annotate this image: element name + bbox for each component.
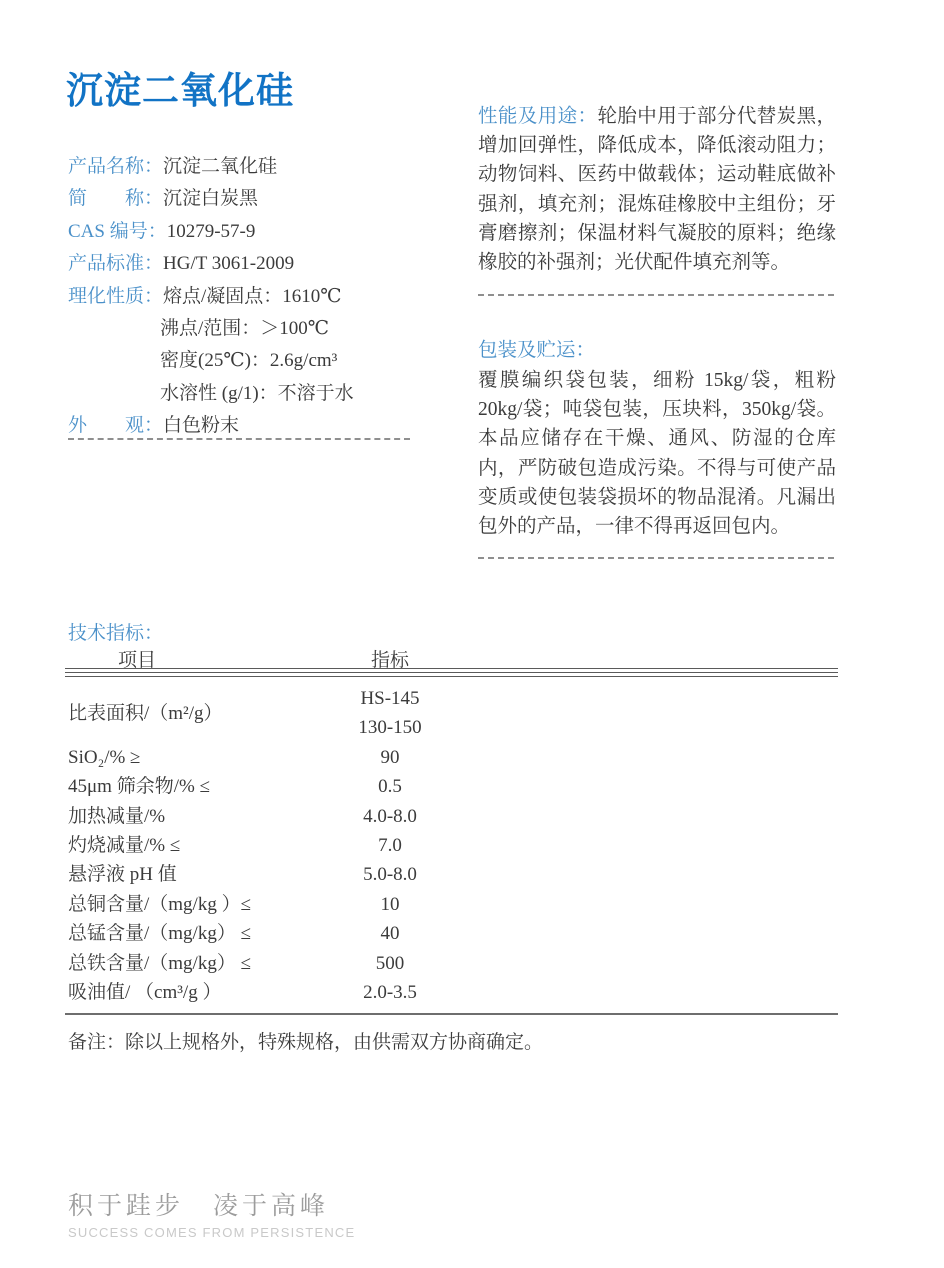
spec-item-name: 悬浮液 pH 值 bbox=[65, 860, 280, 889]
product-info-value: 10279-57-9 bbox=[167, 216, 420, 248]
spec-item-value: 7.0 bbox=[280, 831, 500, 860]
product-info-label: 简 称： bbox=[68, 183, 163, 215]
footer-brand: 积于跬步 凌于高峰 SUCCESS COMES FROM PERSISTENCE bbox=[68, 1186, 355, 1240]
remark: 备注：除以上规格外，特殊规格，由供需双方协商确定。 bbox=[68, 1027, 848, 1054]
product-info-row: 产品标准： HG/T 3061-2009 bbox=[68, 248, 420, 280]
spec-value-line: 90 bbox=[280, 743, 500, 772]
product-info-value: 水溶性 (g/1)：不溶于水 bbox=[160, 378, 420, 410]
product-info-value: HG/T 3061-2009 bbox=[163, 248, 420, 280]
specs-table-header: 项目 指标 bbox=[65, 645, 838, 669]
spec-row: 总铁含量/（mg/kg） ≤ 500 bbox=[65, 949, 838, 978]
spec-value-line: 130-150 bbox=[280, 713, 500, 742]
product-info-row: 密度(25℃)：2.6g/cm³ bbox=[68, 345, 420, 377]
spec-value-line: 10 bbox=[280, 890, 500, 919]
spec-item-value: HS-145130-150 bbox=[280, 684, 500, 743]
product-info-label: 理化性质： bbox=[68, 281, 163, 313]
spec-item-value: 5.0-8.0 bbox=[280, 860, 500, 889]
product-info-label: 产品标准： bbox=[68, 248, 163, 280]
spec-item-name: 总锰含量/（mg/kg） ≤ bbox=[65, 919, 280, 948]
product-info-label bbox=[68, 313, 160, 345]
spec-item-name: 加热减量/% bbox=[65, 802, 280, 831]
product-info-label: CAS 编号： bbox=[68, 216, 167, 248]
spec-row: 吸油值/ （cm³/g ） 2.0-3.5 bbox=[65, 978, 838, 1007]
spec-value-line: 40 bbox=[280, 919, 500, 948]
product-info-label bbox=[68, 378, 160, 410]
product-info-list: 产品名称： 沉淀二氧化硅 简 称： 沉淀白炭黑 CAS 编号： 10279-57… bbox=[68, 151, 420, 443]
remark-label: 备注： bbox=[68, 1032, 125, 1053]
spec-row: 45μm 筛余物/% ≤ 0.5 bbox=[65, 772, 838, 801]
table-bottom-rule bbox=[65, 1013, 838, 1015]
spec-row: 悬浮液 pH 值 5.0-8.0 bbox=[65, 860, 838, 889]
spec-item-name: SiO₂/% ≥ bbox=[65, 743, 280, 772]
product-info-label: 产品名称： bbox=[68, 151, 163, 183]
spec-item-name: 灼烧减量/% ≤ bbox=[65, 831, 280, 860]
packaging-paragraph: 覆膜编织袋包装，细粉 15kg/袋，粗粉 20kg/袋；吨袋包装，压块料，350… bbox=[478, 366, 836, 541]
divider-dashed-right-bottom bbox=[478, 557, 834, 559]
spec-item-name: 吸油值/ （cm³/g ） bbox=[65, 978, 280, 1007]
usage-text: 轮胎中用于部分代替炭黑，增加回弹性，降低成本，降低滚动阻力；动物饲料、医药中做载… bbox=[478, 106, 836, 273]
product-info-row: 产品名称： 沉淀二氧化硅 bbox=[68, 151, 420, 183]
spec-value-line: 2.0-3.5 bbox=[280, 978, 500, 1007]
spec-row: 加热减量/% 4.0-8.0 bbox=[65, 802, 838, 831]
spec-row: 总锰含量/（mg/kg） ≤ 40 bbox=[65, 919, 838, 948]
product-info-value: 沉淀二氧化硅 bbox=[163, 151, 420, 183]
spec-row: 灼烧减量/% ≤ 7.0 bbox=[65, 831, 838, 860]
usage-paragraph: 性能及用途：轮胎中用于部分代替炭黑，增加回弹性，降低成本，降低滚动阻力；动物饲料… bbox=[478, 102, 836, 277]
specs-column-value: 指标 bbox=[280, 645, 500, 672]
product-info-value: 熔点/凝固点：1610℃ bbox=[163, 281, 420, 313]
spec-item-value: 10 bbox=[280, 890, 500, 919]
product-info-row: CAS 编号： 10279-57-9 bbox=[68, 216, 420, 248]
spec-value-line: 0.5 bbox=[280, 772, 500, 801]
product-info-row: 简 称： 沉淀白炭黑 bbox=[68, 183, 420, 215]
spec-value-line: 5.0-8.0 bbox=[280, 860, 500, 889]
specs-heading: 技术指标： bbox=[68, 618, 163, 645]
product-info-row: 理化性质： 熔点/凝固点：1610℃ bbox=[68, 281, 420, 313]
product-datasheet-page: 沉淀二氧化硅 产品名称： 沉淀二氧化硅 简 称： 沉淀白炭黑 CAS 编号： 1… bbox=[0, 0, 944, 1268]
specs-column-item: 项目 bbox=[118, 645, 156, 672]
spec-item-value: 2.0-3.5 bbox=[280, 978, 500, 1007]
specs-table: 项目 指标 比表面积/（m²/g） HS-145130-150 SiO₂/% ≥… bbox=[65, 645, 838, 1015]
spec-value-line: 500 bbox=[280, 949, 500, 978]
packaging-heading: 包装及贮运： bbox=[478, 334, 595, 362]
spec-item-name: 45μm 筛余物/% ≤ bbox=[65, 772, 280, 801]
spec-item-name: 总铁含量/（mg/kg） ≤ bbox=[65, 949, 280, 978]
footer-slogan: 积于跬步 凌于高峰 bbox=[68, 1186, 355, 1222]
spec-item-value: 4.0-8.0 bbox=[280, 802, 500, 831]
divider-dashed-right-top bbox=[478, 294, 834, 296]
spec-value-line: 4.0-8.0 bbox=[280, 802, 500, 831]
spec-item-value: 0.5 bbox=[280, 772, 500, 801]
spec-value-line: 7.0 bbox=[280, 831, 500, 860]
divider-dashed-left bbox=[68, 438, 410, 440]
product-info-row: 水溶性 (g/1)：不溶于水 bbox=[68, 378, 420, 410]
spec-item-value: 40 bbox=[280, 919, 500, 948]
remark-text: 除以上规格外，特殊规格，由供需双方协商确定。 bbox=[125, 1032, 543, 1053]
page-title: 沉淀二氧化硅 bbox=[66, 60, 294, 114]
spec-row: 总铜含量/（mg/kg ）≤ 10 bbox=[65, 890, 838, 919]
spec-row: 比表面积/（m²/g） HS-145130-150 bbox=[65, 684, 838, 743]
product-info-value: 沸点/范围：＞100℃ bbox=[160, 313, 420, 345]
specs-table-body: 比表面积/（m²/g） HS-145130-150 SiO₂/% ≥ 90 45… bbox=[65, 677, 838, 1013]
usage-label: 性能及用途： bbox=[478, 106, 597, 127]
spec-item-name: 总铜含量/（mg/kg ）≤ bbox=[65, 890, 280, 919]
product-info-value: 密度(25℃)：2.6g/cm³ bbox=[160, 345, 420, 377]
product-info-row: 沸点/范围：＞100℃ bbox=[68, 313, 420, 345]
product-info-label bbox=[68, 345, 160, 377]
spec-value-line: HS-145 bbox=[280, 684, 500, 713]
spec-item-value: 90 bbox=[280, 743, 500, 772]
spec-item-name: 比表面积/（m²/g） bbox=[65, 699, 280, 728]
product-info-value: 沉淀白炭黑 bbox=[163, 183, 420, 215]
spec-item-value: 500 bbox=[280, 949, 500, 978]
spec-row: SiO₂/% ≥ 90 bbox=[65, 743, 838, 772]
footer-tagline: SUCCESS COMES FROM PERSISTENCE bbox=[68, 1225, 355, 1240]
